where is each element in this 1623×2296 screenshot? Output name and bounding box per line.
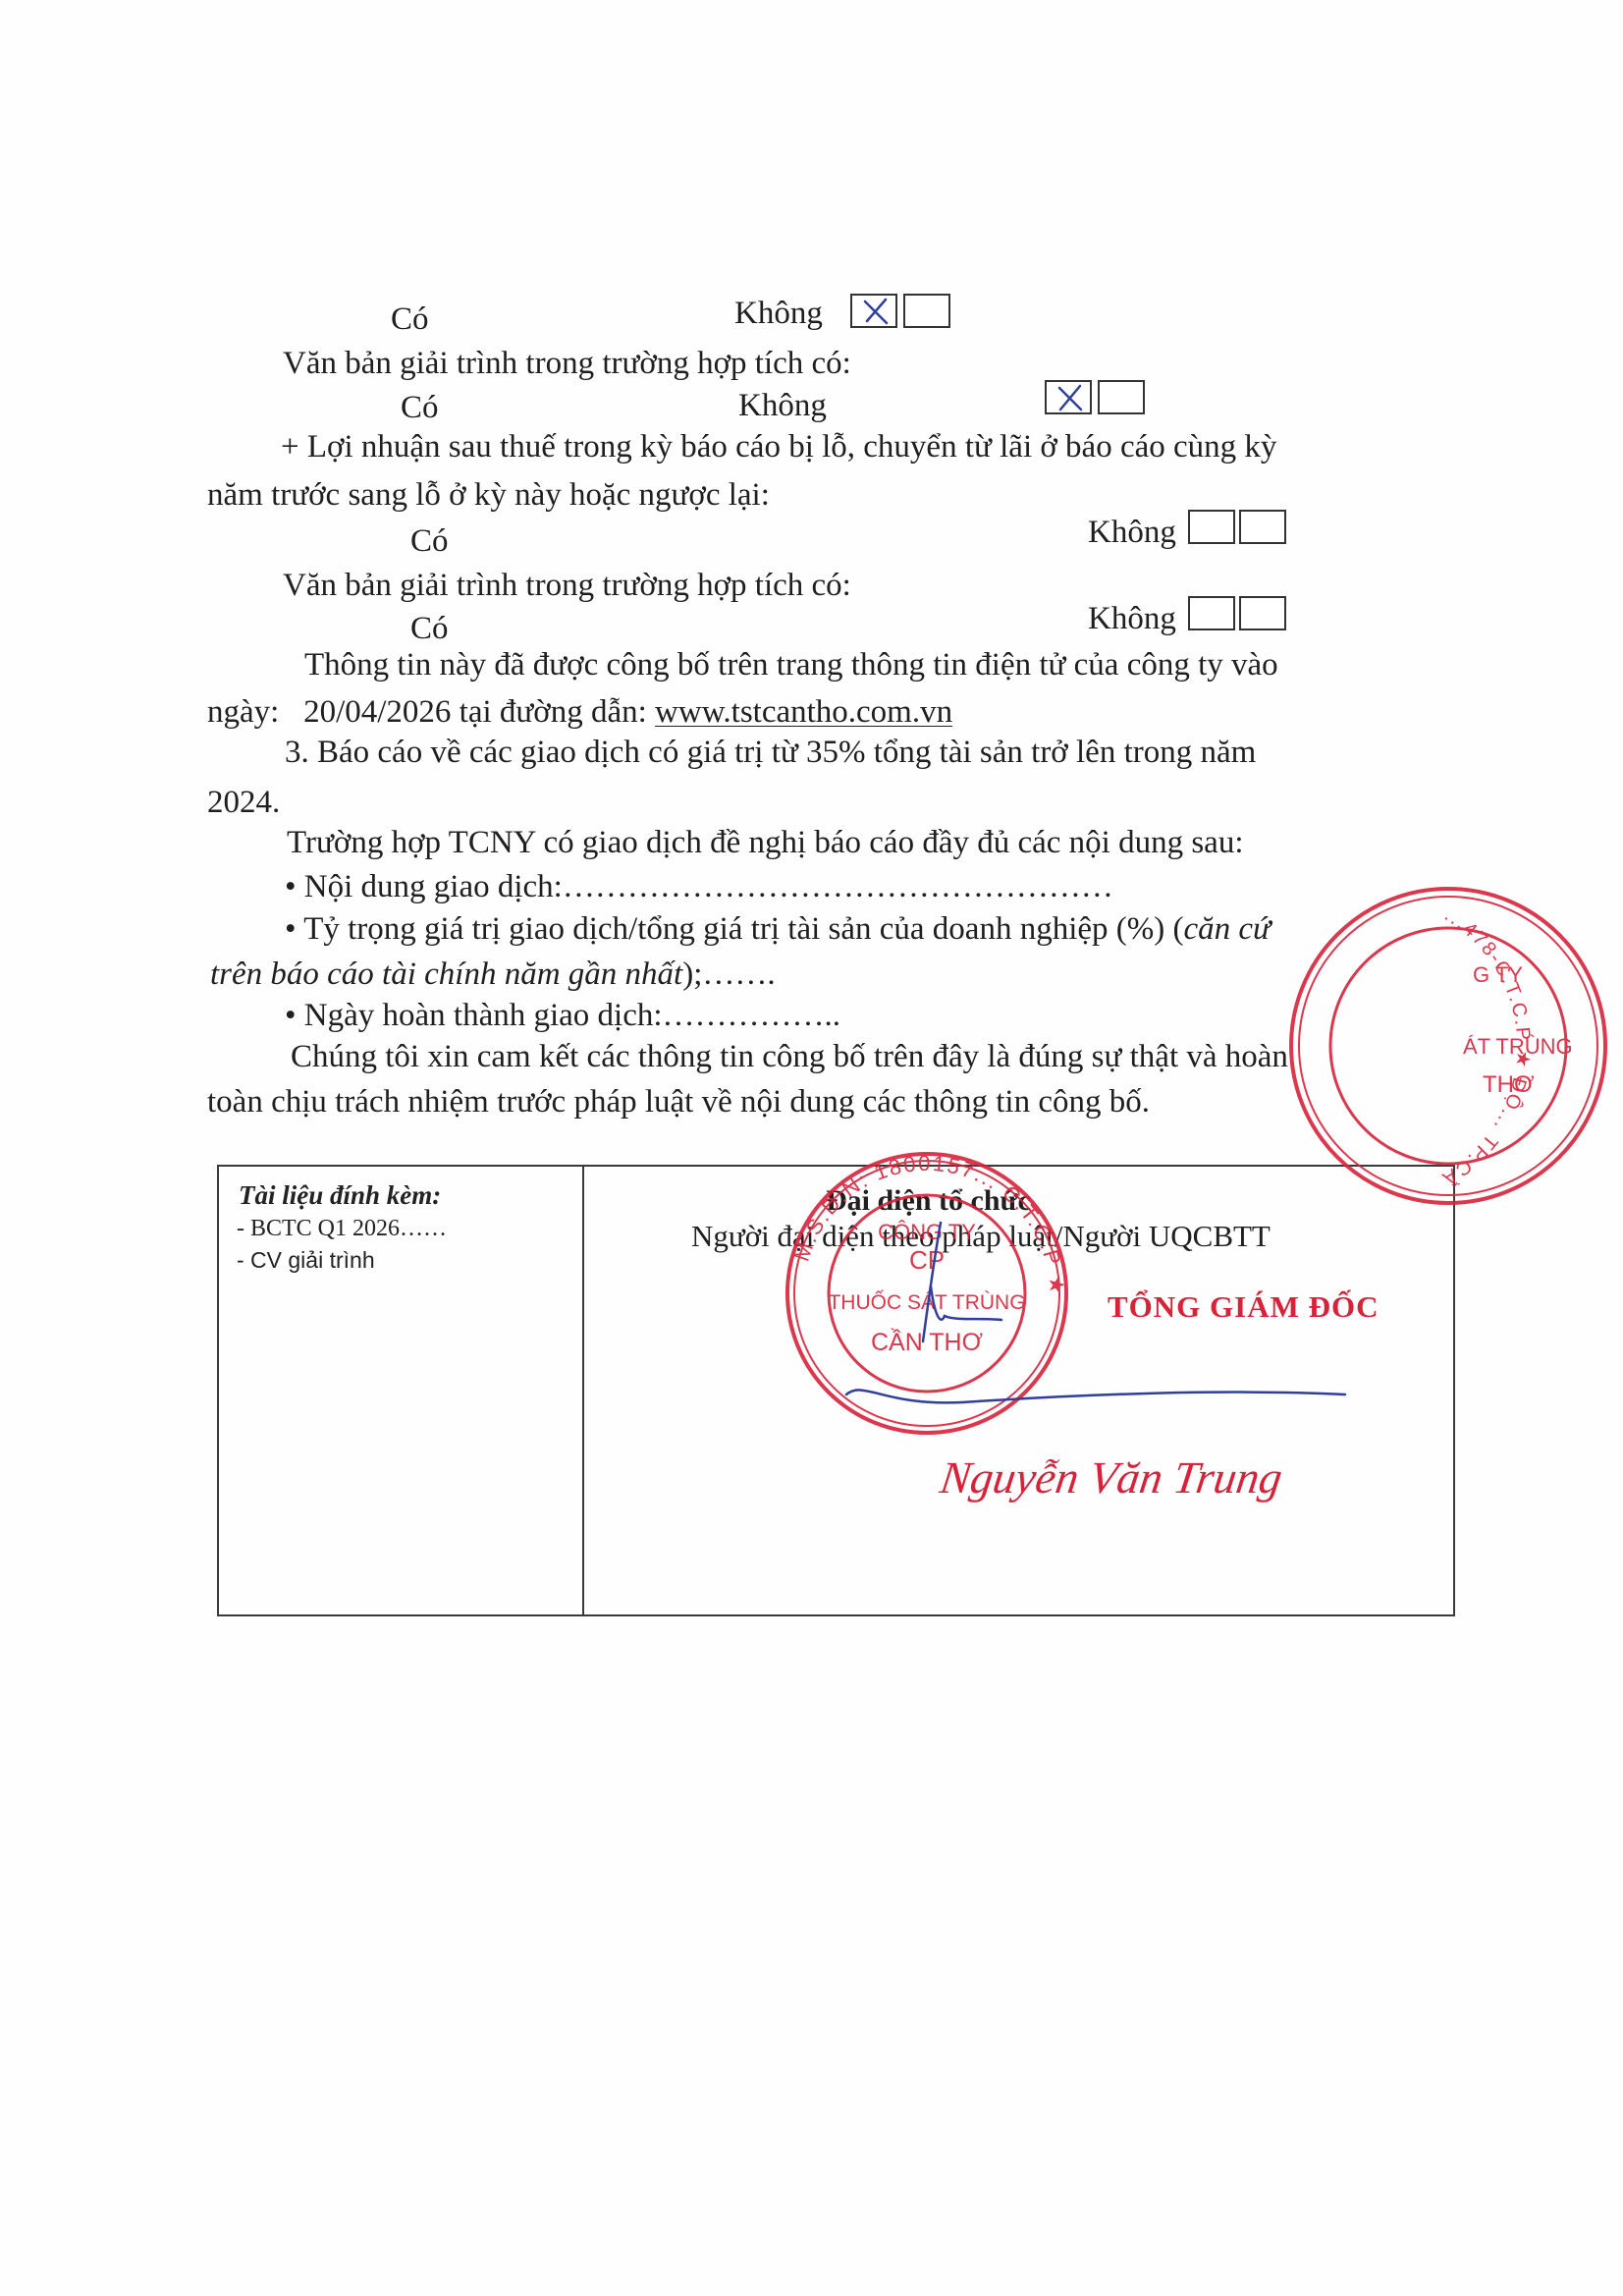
ratio-text: • Tỷ trọng giá trị giao dịch/tổng giá tr… [285,911,1183,947]
svg-text:THƠ: THƠ [1483,1071,1535,1098]
publish-info-line-2: ngày: 20/04/2026 tại đường dẫn: www.tstc… [207,696,952,729]
bullet-transaction-ratio-line-1: • Tỷ trọng giá trị giao dịch/tổng giá tr… [285,913,1271,946]
publish-date-text: ngày: 20/04/2026 tại đường dẫn: [207,694,655,730]
checkbox-khong-1-empty[interactable] [903,294,950,328]
tcny-instruction: Trường hợp TCNY có giao dịch đề nghị báo… [287,827,1243,859]
company-website-link[interactable]: www.tstcantho.com.vn [655,694,952,730]
checkbox-khong-3-a[interactable] [1188,510,1235,544]
attachment-item: - BCTC Q1 2026…… [237,1216,447,1242]
section-3-heading-line-2: 2024. [207,787,280,819]
document-page: Có Không Văn bản giải trình trong trường… [0,0,1623,2296]
profit-loss-line-1: + Lợi nhuận sau thuế trong kỳ báo cáo bị… [281,431,1276,464]
bullet-transaction-ratio-line-2: trên báo cáo tài chính năm gần nhất);……. [210,958,776,991]
ratio-basis-tail: );……. [682,957,775,992]
checkbox-khong-2-checked[interactable] [1045,380,1092,414]
table-column-divider [582,1167,584,1614]
commitment-line-2: toàn chịu trách nhiệm trước pháp luật về… [207,1086,1150,1119]
svg-text:ÁT TRÙNG: ÁT TRÙNG [1463,1034,1573,1059]
bullet-transaction-content: • Nội dung giao dịch:…………………………………………… [285,871,1113,903]
checkbox-khong-4-b[interactable] [1239,596,1286,630]
option-khong-4: Không [1088,603,1176,635]
option-co-1: Có [391,303,429,336]
x-mark-icon [1056,384,1084,411]
option-co-2: Có [401,392,439,424]
svg-text:G TY: G TY [1473,962,1523,987]
signature-table: Tài liệu đính kèm: - BCTC Q1 2026…… - CV… [217,1165,1455,1616]
publish-info-line-1: Thông tin này đã được công bố trên trang… [304,649,1278,682]
signature-subtitle: Người đại diện theo pháp luật/Người UQCB… [691,1219,1271,1254]
explanation-label-1: Văn bản giải trình trong trường hợp tích… [283,348,851,380]
section-3-heading-line-1: 3. Báo cáo về các giao dịch có giá trị t… [285,737,1256,769]
explanation-label-2: Văn bản giải trình trong trường hợp tích… [283,570,851,602]
checkbox-khong-4-a[interactable] [1188,596,1235,630]
ratio-basis-italic: trên báo cáo tài chính năm gần nhất [210,957,682,992]
attachments-title: Tài liệu đính kèm: [239,1180,441,1211]
option-khong-2: Không [738,390,827,422]
attachment-item: - CV giải trình [237,1247,375,1274]
commitment-line-1: Chúng tôi xin cam kết các thông tin công… [291,1041,1288,1073]
checkbox-khong-2-empty[interactable] [1098,380,1145,414]
x-mark-icon [862,298,890,325]
company-seal-stamp: M.S.D.N: 1800157... C.T.C.P ★ P.PHƯỚC TH… [0,0,1623,2296]
bullet-completion-date: • Ngày hoàn thành giao dịch:…………….. [285,1000,840,1032]
option-co-4: Có [410,613,449,645]
option-khong-3: Không [1088,517,1176,549]
option-co-3: Có [410,525,449,558]
checkbox-khong-1-checked[interactable] [850,294,897,328]
ratio-text-italic: căn cứ [1183,911,1271,947]
profit-loss-line-2: năm trước sang lỗ ở kỳ này hoặc ngược lạ… [207,479,770,512]
signature-title: Đại diện tổ chức [826,1184,1031,1218]
checkbox-khong-3-b[interactable] [1239,510,1286,544]
option-khong-1: Không [734,298,823,330]
signer-position: TỔNG GIÁM ĐỐC [1108,1289,1380,1325]
signer-name: Nguyễn Văn Trung [937,1451,1285,1503]
